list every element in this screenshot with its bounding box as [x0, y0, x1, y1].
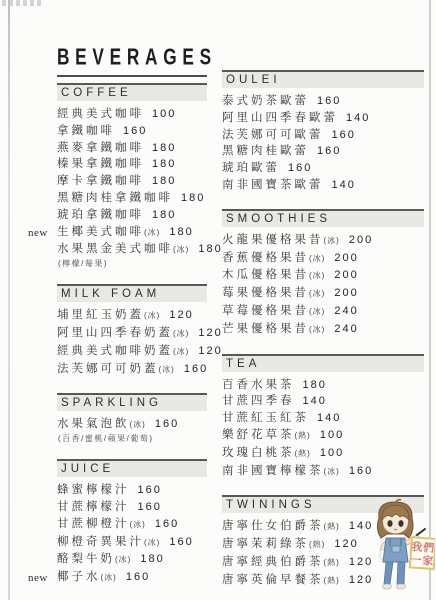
item-name: 經典美式咖啡 [57, 106, 144, 123]
item-price: 200 [334, 285, 358, 302]
item-name: 玫瑰白桃茶 [222, 445, 295, 462]
temperature-tag: (冰) [130, 517, 146, 534]
item-name: 阿里山四季春奶蓋 [57, 325, 173, 342]
menu-item: 黑糖肉桂拿鐵咖啡180 [57, 190, 207, 207]
menu-item: 甘蔗四季春140 [222, 393, 424, 410]
item-price: 200 [334, 267, 358, 284]
mascot-sign: 我們 一家 [410, 537, 435, 569]
page-edge-left [8, 0, 10, 600]
item-name: 阿里山四季春歐蕾 [222, 110, 338, 127]
item-name: 甘蔗四季春 [222, 393, 295, 410]
menu-item: 酪梨牛奶(冰)180 [57, 551, 207, 569]
mascot-leg-left [384, 562, 393, 584]
item-name: 木瓜優格果昔 [222, 267, 309, 284]
mascot-pen [417, 529, 425, 535]
temperature-tag: (冰) [173, 326, 189, 343]
item-name: 百香水果茶 [222, 377, 295, 394]
oulei-section: OULEI泰式奶茶歐蕾160阿里山四季春歐蕾140法芙娜可可歐蕾160黑糖肉桂歐… [222, 70, 424, 194]
menu-item: 阿里山四季春歐蕾140 [222, 110, 424, 127]
menu-item: 黑糖肉桂歐蕾160 [222, 143, 424, 160]
item-price: 200 [349, 232, 373, 249]
menu-column-left: BEVERAGES COFFEE經典美式咖啡100拿鐵咖啡160燕麥拿鐵咖啡18… [57, 46, 207, 587]
smoothies-section: SMOOTHIES火龍果優格果昔(冰)200香蕉優格果昔(冰)200木瓜優格果昔… [222, 209, 424, 339]
menu-item: 甘蔗檸檬汁160 [57, 499, 207, 516]
temperature-tag: (冰) [144, 535, 160, 552]
section-items: 經典美式咖啡100拿鐵咖啡160燕麥拿鐵咖啡180榛果拿鐵咖啡180摩卡拿鐵咖啡… [57, 106, 207, 269]
menu-item: 百香水果茶180 [222, 377, 424, 394]
menu-item: 法芙娜可可歐蕾160 [222, 127, 424, 144]
section-header: SMOOTHIES [222, 209, 424, 227]
temperature-tag: (冰) [144, 225, 160, 242]
item-name: 柳橙奇異果汁 [57, 534, 144, 551]
item-price: 160 [138, 499, 162, 516]
temperature-tag: (冰) [101, 570, 117, 587]
temperature-tag: (熱) [324, 519, 340, 536]
item-price: 120 [198, 325, 222, 342]
mascot-eye-right [398, 520, 403, 527]
item-price: 140 [346, 110, 370, 127]
item-price: 100 [320, 445, 344, 462]
temperature-tag: (冰) [309, 322, 325, 339]
item-name: 法芙娜可可歐蕾 [222, 127, 324, 144]
item-name: 唐寧英倫早餐茶 [222, 572, 324, 589]
item-price: 100 [152, 106, 176, 123]
temperature-tag: (冰) [159, 362, 175, 379]
menu-item: 拿鐵咖啡160 [57, 123, 207, 140]
temperature-tag: (冰) [173, 344, 189, 361]
section-items: 百香水果茶180甘蔗四季春140甘蔗紅玉紅茶140樂舒花草茶(熱)100玫瑰白桃… [222, 377, 424, 481]
item-price: 160 [155, 516, 179, 533]
left-sections: COFFEE經典美式咖啡100拿鐵咖啡160燕麥拿鐵咖啡180榛果拿鐵咖啡180… [57, 83, 207, 587]
item-price: 180 [152, 140, 176, 157]
item-price: 160 [138, 482, 162, 499]
menu-item: 柳橙奇異果汁(冰)160 [57, 534, 207, 552]
temperature-tag: (冰) [324, 233, 340, 250]
title-divider [57, 75, 207, 77]
item-variants: (檸檬/莓果) [58, 258, 207, 269]
menu-item: 泰式奶茶歐蕾160 [222, 93, 424, 110]
section-items: 埔里紅玉奶蓋(冰)120阿里山四季春奶蓋(冰)120經典美式咖啡奶蓋(冰)120… [57, 307, 207, 378]
item-name: 火龍果優格果昔 [222, 232, 324, 249]
item-price: 160 [317, 143, 341, 160]
item-price: 160 [126, 569, 150, 586]
item-name: 燕麥拿鐵咖啡 [57, 140, 144, 157]
temperature-tag: (熱) [309, 537, 325, 554]
item-name: 南非國寶茶歐蕾 [222, 177, 324, 194]
temperature-tag: (冰) [173, 242, 189, 259]
item-price: 160 [155, 416, 179, 433]
mascot-pocket [392, 546, 400, 552]
section-header: JUICE [57, 459, 207, 477]
item-price: 180 [152, 207, 176, 224]
item-name: 黑糖肉桂拿鐵咖啡 [57, 190, 173, 207]
item-price: 100 [320, 427, 344, 444]
new-badge: new [28, 570, 48, 587]
menu-item: 芒果優格果昔(冰)240 [222, 321, 424, 339]
temperature-tag: (冰) [324, 464, 340, 481]
menu-item: 蜂蜜檸檬汁160 [57, 482, 207, 499]
menu-item: 水果黑金美式咖啡(冰)180 [57, 241, 207, 259]
sparkling-section: SPARKLING水果氣泡飲(冰)160(百香/蜜桃/蘋果/葡萄) [57, 393, 207, 444]
item-price: 240 [334, 303, 358, 320]
section-header: SPARKLING [57, 393, 207, 411]
temperature-tag: (熱) [295, 428, 311, 445]
item-name: 唐寧茉莉綠茶 [222, 536, 309, 553]
menu-item: 埔里紅玉奶蓋(冰)120 [57, 307, 207, 325]
item-name: 南非國寶檸檬茶 [222, 463, 324, 480]
section-items: 火龍果優格果昔(冰)200香蕉優格果昔(冰)200木瓜優格果昔(冰)200莓果優… [222, 232, 424, 339]
menu-item: 水果氣泡飲(冰)160 [57, 416, 207, 434]
temperature-tag: (冰) [309, 251, 325, 268]
section-items: 泰式奶茶歐蕾160阿里山四季春歐蕾140法芙娜可可歐蕾160黑糖肉桂歐蕾160琥… [222, 93, 424, 194]
item-name: 草莓優格果昔 [222, 303, 309, 320]
item-name: 甘蔗檸檬汁 [57, 499, 130, 516]
chibi-girl-mascot: 我們 一家 [359, 496, 435, 594]
juice-section: JUICE蜂蜜檸檬汁160甘蔗檸檬汁160甘蔗柳橙汁(冰)160柳橙奇異果汁(冰… [57, 459, 207, 587]
menu-item: new椰子水(冰)160 [57, 569, 207, 587]
temperature-tag: (冰) [144, 308, 160, 325]
item-name: 琥珀拿鐵咖啡 [57, 207, 144, 224]
section-items: 水果氣泡飲(冰)160(百香/蜜桃/蘋果/葡萄) [57, 416, 207, 444]
item-price: 160 [349, 463, 373, 480]
menu-item: 榛果拿鐵咖啡180 [57, 156, 207, 173]
temperature-tag: (冰) [115, 552, 131, 569]
menu-item: 燕麥拿鐵咖啡180 [57, 140, 207, 157]
temperature-tag: (熱) [324, 555, 340, 572]
section-header: MILK FOAM [57, 284, 207, 302]
item-name: 甘蔗柳橙汁 [57, 516, 130, 533]
item-name: 唐寧經典伯爵茶 [222, 554, 324, 571]
item-name: 芒果優格果昔 [222, 321, 309, 338]
menu-item: 經典美式咖啡奶蓋(冰)120 [57, 343, 207, 361]
item-variants: (百香/蜜桃/蘋果/葡萄) [58, 433, 207, 444]
item-name: 生椰美式咖啡 [57, 224, 144, 241]
mascot-shoe-right [397, 584, 406, 589]
menu-item: 火龍果優格果昔(冰)200 [222, 232, 424, 250]
section-header: COFFEE [57, 83, 207, 101]
item-price: 180 [198, 241, 222, 258]
item-price: 200 [334, 250, 358, 267]
menu-item: new生椰美式咖啡(冰)180 [57, 224, 207, 242]
item-name: 榛果拿鐵咖啡 [57, 156, 144, 173]
menu-item: 南非國寶檸檬茶(冰)160 [222, 463, 424, 481]
menu-item: 摩卡拿鐵咖啡180 [57, 173, 207, 190]
item-name: 摩卡拿鐵咖啡 [57, 173, 144, 190]
mascot-leg-right [397, 562, 405, 584]
temperature-tag: (熱) [295, 446, 311, 463]
item-name: 樂舒花草茶 [222, 427, 295, 444]
menu-item: 香蕉優格果昔(冰)200 [222, 250, 424, 268]
item-name: 經典美式咖啡奶蓋 [57, 343, 173, 360]
item-price: 160 [169, 534, 193, 551]
item-name: 水果氣泡飲 [57, 416, 130, 433]
temperature-tag: (熱) [324, 573, 340, 590]
item-name: 埔里紅玉奶蓋 [57, 307, 144, 324]
menu-item: 樂舒花草茶(熱)100 [222, 427, 424, 445]
temperature-tag: (冰) [309, 304, 325, 321]
item-name: 泰式奶茶歐蕾 [222, 93, 309, 110]
menu-item: 琥珀拿鐵咖啡180 [57, 207, 207, 224]
item-name: 法芙娜可可奶蓋 [57, 361, 159, 378]
item-price: 160 [123, 123, 147, 140]
menu-item: 木瓜優格果昔(冰)200 [222, 267, 424, 285]
item-name: 唐寧仕女伯爵茶 [222, 518, 324, 535]
section-header: TEA [222, 354, 424, 372]
item-price: 160 [332, 127, 356, 144]
item-name: 甘蔗紅玉紅茶 [222, 410, 309, 427]
item-price: 120 [198, 343, 222, 360]
item-name: 香蕉優格果昔 [222, 250, 309, 267]
item-price: 160 [184, 361, 208, 378]
item-name: 水果黑金美式咖啡 [57, 241, 173, 258]
item-price: 120 [169, 307, 193, 324]
item-name: 椰子水 [57, 569, 101, 586]
item-price: 140 [332, 177, 356, 194]
item-price: 180 [169, 224, 193, 241]
menu-item: 莓果優格果昔(冰)200 [222, 285, 424, 303]
item-price: 180 [140, 551, 164, 568]
mascot-shoe-left [383, 584, 392, 589]
item-name: 蜂蜜檸檬汁 [57, 482, 130, 499]
item-price: 160 [317, 93, 341, 110]
menu-item: 甘蔗柳橙汁(冰)160 [57, 516, 207, 534]
menu-item: 琥珀歐蕾160 [222, 160, 424, 177]
item-price: 180 [181, 190, 205, 207]
temperature-tag: (冰) [130, 417, 146, 434]
section-header: OULEI [222, 70, 424, 88]
milk-foam-section: MILK FOAM埔里紅玉奶蓋(冰)120阿里山四季春奶蓋(冰)120經典美式咖… [57, 284, 207, 378]
item-price: 140 [303, 393, 327, 410]
item-name: 莓果優格果昔 [222, 285, 309, 302]
temperature-tag: (冰) [309, 286, 325, 303]
tea-section: TEA百香水果茶180甘蔗四季春140甘蔗紅玉紅茶140樂舒花草茶(熱)100玫… [222, 354, 424, 481]
item-price: 180 [152, 156, 176, 173]
mascot-eye-left [387, 520, 392, 527]
menu-item: 阿里山四季春奶蓋(冰)120 [57, 325, 207, 343]
menu-item: 經典美式咖啡100 [57, 106, 207, 123]
coffee-section: COFFEE經典美式咖啡100拿鐵咖啡160燕麥拿鐵咖啡180榛果拿鐵咖啡180… [57, 83, 207, 269]
item-price: 160 [288, 160, 312, 177]
menu-item: 草莓優格果昔(冰)240 [222, 303, 424, 321]
item-name: 拿鐵咖啡 [57, 123, 115, 140]
item-name: 酪梨牛奶 [57, 551, 115, 568]
new-badge: new [28, 225, 48, 242]
cut-off-watermark [2, 0, 42, 6]
menu-item: 甘蔗紅玉紅茶140 [222, 410, 424, 427]
item-price: 120 [334, 536, 358, 553]
item-price: 180 [152, 173, 176, 190]
menu-item: 法芙娜可可奶蓋(冰)160 [57, 361, 207, 379]
temperature-tag: (冰) [309, 268, 325, 285]
section-items: 蜂蜜檸檬汁160甘蔗檸檬汁160甘蔗柳橙汁(冰)160柳橙奇異果汁(冰)160酪… [57, 482, 207, 587]
menu-item: 玫瑰白桃茶(熱)100 [222, 445, 424, 463]
item-name: 琥珀歐蕾 [222, 160, 280, 177]
item-price: 140 [317, 410, 341, 427]
menu-item: 南非國寶茶歐蕾140 [222, 177, 424, 194]
item-price: 240 [334, 321, 358, 338]
page-title: BEVERAGES [57, 45, 180, 71]
item-price: 180 [303, 377, 327, 394]
item-name: 黑糖肉桂歐蕾 [222, 143, 309, 160]
